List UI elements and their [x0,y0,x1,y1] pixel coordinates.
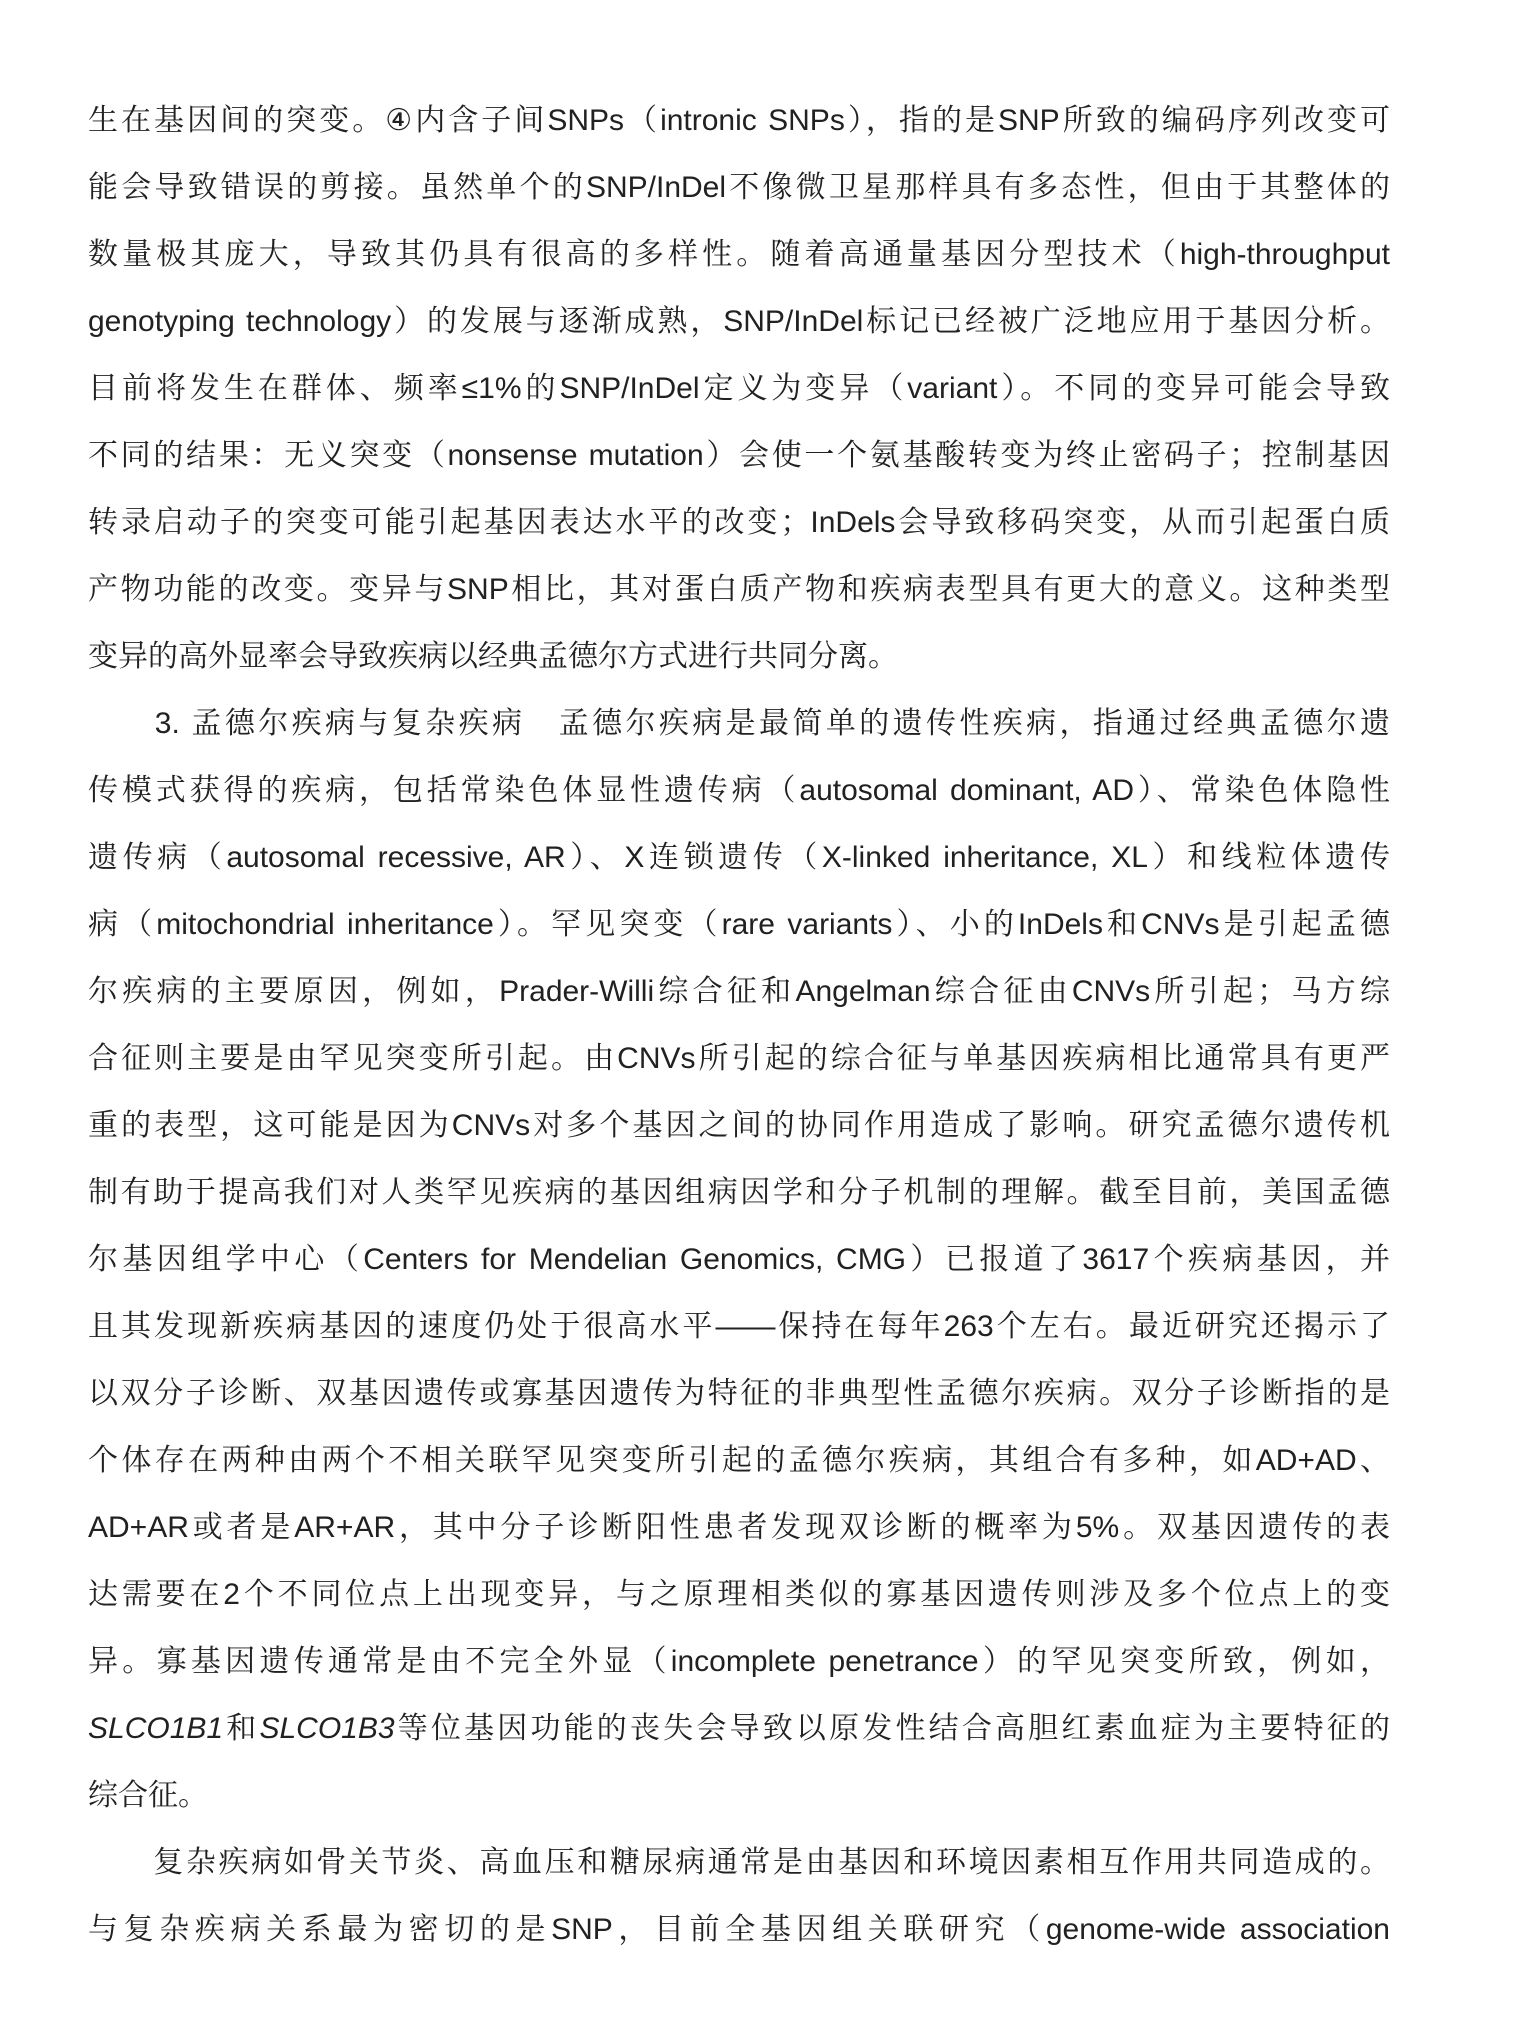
text-segment: 且其发现新疾病基因的速度仍处于很高水平——保持在每年263个左右。最近研究还揭示… [88,1310,1390,1343]
text-line: AD+AR或者是AR+AR，其中分子诊断阳性患者发现双诊断的概率为5%。双基因遗… [88,1494,1390,1561]
text-line: 产物功能的改变。变异与SNP相比，其对蛋白质产物和疾病表型具有更大的意义。这种类… [88,556,1390,623]
text-segment: 尔疾病的主要原因，例如，Prader-Willi综合征和Angelman综合征由… [88,975,1390,1008]
text-line: 尔基因组学中心（Centers for Mendelian Genomics, … [88,1226,1390,1293]
text-line: 个体存在两种由两个不相关联罕见突变所引起的孟德尔疾病，其组合有多种，如AD+AD… [88,1427,1390,1494]
text-segment: 复杂疾病如骨关节炎、高血压和糖尿病通常是由基因和环境因素相互作用共同造成的。 [88,1846,1390,1879]
text-line: 达需要在2个不同位点上出现变异，与之原理相类似的寡基因遗传则涉及多个位点上的变 [88,1561,1390,1628]
text-segment: 遗传病（autosomal recessive, AR）、X连锁遗传（X-lin… [88,841,1390,874]
text-segment: 尔基因组学中心（Centers for Mendelian Genomics, … [88,1243,1390,1276]
text-segment: 与复杂疾病关系最为密切的是SNP，目前全基因组关联研究（genome-wide … [88,1913,1390,1946]
text-line: 目前将发生在群体、频率≤1%的SNP/InDel定义为变异（variant）。不… [88,355,1390,422]
text-line: 变异的高外显率会导致疾病以经典孟德尔方式进行共同分离。 [88,623,1390,690]
text-segment: 3. 孟德尔疾病与复杂疾病 孟德尔疾病是最简单的遗传性疾病，指通过经典孟德尔遗 [88,707,1390,740]
text-segment: 合征则主要是由罕见突变所引起。由CNVs所引起的综合征与单基因疾病相比通常具有更… [88,1042,1390,1075]
text-line: 合征则主要是由罕见突变所引起。由CNVs所引起的综合征与单基因疾病相比通常具有更… [88,1025,1390,1092]
text-segment: 目前将发生在群体、频率≤1%的SNP/InDel定义为变异（variant）。不… [88,372,1390,405]
text-line: 与复杂疾病关系最为密切的是SNP，目前全基因组关联研究（genome-wide … [88,1896,1390,1963]
text-segment: 生在基因间的突变。④内含子间SNPs（intronic SNPs），指的是SNP… [88,104,1390,137]
text-line: 制有助于提高我们对人类罕见疾病的基因组病因学和分子机制的理解。截至目前，美国孟德 [88,1159,1390,1226]
gene-symbol-italic: SLCO1B3 [259,1712,394,1745]
text-segment: 达需要在2个不同位点上出现变异，与之原理相类似的寡基因遗传则涉及多个位点上的变 [88,1578,1390,1611]
text-segment: 异。寡基因遗传通常是由不完全外显（incomplete penetrance）的… [88,1645,1390,1678]
text-segment: AD+AR或者是AR+AR，其中分子诊断阳性患者发现双诊断的概率为5%。双基因遗… [88,1511,1390,1544]
text-segment: 产物功能的改变。变异与SNP相比，其对蛋白质产物和疾病表型具有更大的意义。这种类… [88,573,1390,606]
text-segment: 个体存在两种由两个不相关联罕见突变所引起的孟德尔疾病，其组合有多种，如AD+AD… [88,1444,1390,1477]
text-segment: 数量极其庞大，导致其仍具有很高的多样性。随着高通量基因分型技术（high-thr… [88,238,1390,271]
text-segment: 病（mitochondrial inheritance）。罕见突变（rare v… [88,908,1390,941]
text-segment: genotyping technology）的发展与逐渐成熟，SNP/InDel… [88,305,1390,338]
text-line: 以双分子诊断、双基因遗传或寡基因遗传为特征的非典型性孟德尔疾病。双分子诊断指的是 [88,1360,1390,1427]
text-segment: 以双分子诊断、双基因遗传或寡基因遗传为特征的非典型性孟德尔疾病。双分子诊断指的是 [88,1377,1390,1410]
text-line: SLCO1B1和SLCO1B3等位基因功能的丧失会导致以原发性结合高胆红素血症为… [88,1695,1390,1762]
text-segment: 制有助于提高我们对人类罕见疾病的基因组病因学和分子机制的理解。截至目前，美国孟德 [88,1176,1390,1209]
text-line: 病（mitochondrial inheritance）。罕见突变（rare v… [88,891,1390,958]
text-line: 综合征。 [88,1762,1390,1829]
text-line: 异。寡基因遗传通常是由不完全外显（incomplete penetrance）的… [88,1628,1390,1695]
text-line: 不同的结果：无义突变（nonsense mutation）会使一个氨基酸转变为终… [88,422,1390,489]
text-line: 能会导致错误的剪接。虽然单个的SNP/InDel不像微卫星那样具有多态性，但由于… [88,154,1390,221]
text-segment: 能会导致错误的剪接。虽然单个的SNP/InDel不像微卫星那样具有多态性，但由于… [88,171,1390,204]
text-line: 数量极其庞大，导致其仍具有很高的多样性。随着高通量基因分型技术（high-thr… [88,221,1390,288]
text-line: 转录启动子的突变可能引起基因表达水平的改变；InDels会导致移码突变，从而引起… [88,489,1390,556]
text-segment: 不同的结果：无义突变（nonsense mutation）会使一个氨基酸转变为终… [88,439,1390,472]
text-line: 重的表型，这可能是因为CNVs对多个基因之间的协同作用造成了影响。研究孟德尔遗传… [88,1092,1390,1159]
text-segment: 综合征。 [88,1779,208,1812]
text-segment: 变异的高外显率会导致疾病以经典孟德尔方式进行共同分离。 [88,640,898,673]
text-line: 尔疾病的主要原因，例如，Prader-Willi综合征和Angelman综合征由… [88,958,1390,1025]
text-line: 3. 孟德尔疾病与复杂疾病 孟德尔疾病是最简单的遗传性疾病，指通过经典孟德尔遗 [88,690,1390,757]
text-line: 生在基因间的突变。④内含子间SNPs（intronic SNPs），指的是SNP… [88,87,1390,154]
text-segment: 传模式获得的疾病，包括常染色体显性遗传病（autosomal dominant,… [88,774,1390,807]
gene-symbol-italic: SLCO1B1 [88,1712,223,1745]
document-page: 生在基因间的突变。④内含子间SNPs（intronic SNPs），指的是SNP… [0,0,1536,2019]
text-line: genotyping technology）的发展与逐渐成熟，SNP/InDel… [88,288,1390,355]
text-block: 生在基因间的突变。④内含子间SNPs（intronic SNPs），指的是SNP… [88,87,1390,1963]
text-line: 复杂疾病如骨关节炎、高血压和糖尿病通常是由基因和环境因素相互作用共同造成的。 [88,1829,1390,1896]
text-segment: 和 [223,1712,259,1745]
text-line: 且其发现新疾病基因的速度仍处于很高水平——保持在每年263个左右。最近研究还揭示… [88,1293,1390,1360]
text-line: 传模式获得的疾病，包括常染色体显性遗传病（autosomal dominant,… [88,757,1390,824]
text-segment: 等位基因功能的丧失会导致以原发性结合高胆红素血症为主要特征的 [395,1712,1390,1745]
text-line: 遗传病（autosomal recessive, AR）、X连锁遗传（X-lin… [88,824,1390,891]
text-segment: 重的表型，这可能是因为CNVs对多个基因之间的协同作用造成了影响。研究孟德尔遗传… [88,1109,1390,1142]
text-segment: 转录启动子的突变可能引起基因表达水平的改变；InDels会导致移码突变，从而引起… [88,506,1390,539]
